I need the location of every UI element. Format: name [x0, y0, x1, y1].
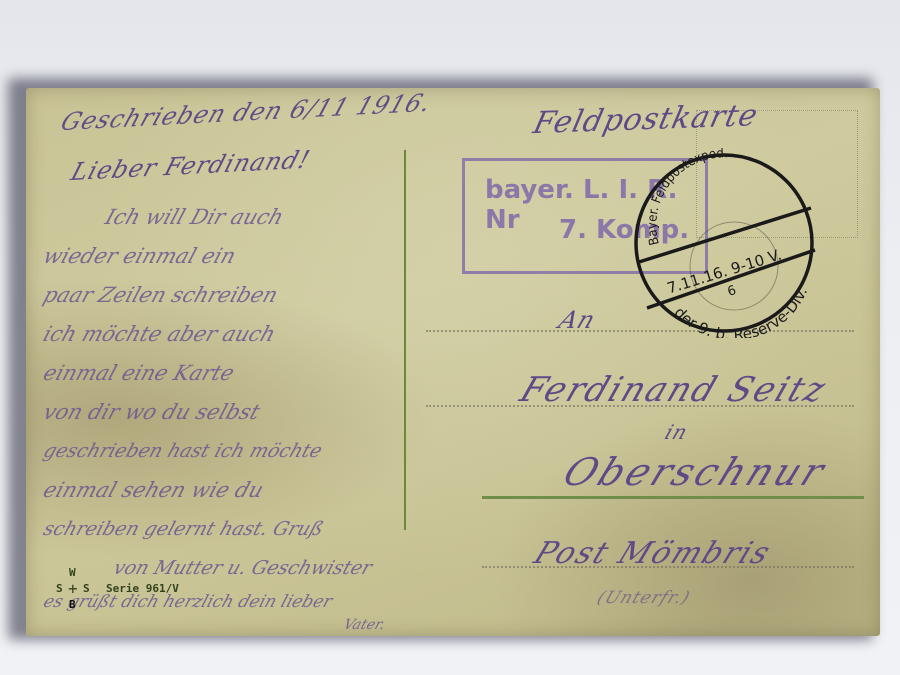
logo-right: S — [83, 582, 90, 595]
date-line: Geschrieben den 6/11 1916. — [57, 88, 436, 136]
logo-bottom: B — [69, 598, 76, 611]
salutation: Lieber Ferdinand! — [68, 145, 314, 186]
feldpostkarte: Feldpostkarte Geschrieben den 6/11 1916.… — [26, 88, 880, 636]
message-body: Ich will Dir auch wieder einmal ein paar… — [44, 198, 404, 634]
message-line: wieder einmal ein — [38, 237, 411, 276]
recipient-name: Ferdinand Seitz — [515, 370, 833, 410]
message-line: von Mutter u. Geschwister — [38, 549, 411, 588]
message-line: einmal sehen wie du — [38, 471, 411, 510]
postmark-date: 7.11.16. 9-10 V. — [665, 246, 784, 298]
message-line: es grüßt dich herzlich dein lieber — [39, 588, 408, 616]
message-line: paar Zeilen schreiben — [38, 276, 411, 315]
message-line: schreiben gelernt hast. Gruß — [38, 510, 411, 549]
message-line: geschrieben hast ich möchte — [38, 432, 411, 471]
logo-left: S — [56, 582, 63, 595]
address-in-label: in — [662, 420, 692, 444]
post-office: Post Mömbris — [529, 536, 777, 571]
region: (Unterfr.) — [594, 588, 693, 608]
message-line: Vater. — [41, 616, 407, 634]
message-line: ich möchte aber auch — [38, 315, 411, 354]
postmark-top-arc: Bayer. Feldpostexped. — [645, 148, 728, 247]
series-label: Serie 961/V — [106, 582, 179, 595]
postmark: Bayer. Feldpostexped. 7.11.16. 9-10 V. 6… — [629, 148, 819, 338]
message-address-divider — [404, 150, 406, 530]
logo-top: W — [69, 566, 76, 579]
postmark-number: 6 — [726, 283, 738, 300]
printer-logo: W S + S B — [56, 566, 92, 616]
destination-town: Oberschnur — [557, 450, 833, 494]
svg-text:Bayer. Feldpostexped.: Bayer. Feldpostexped. — [645, 148, 728, 247]
message-line: einmal eine Karte — [38, 354, 411, 393]
cross-icon: + — [68, 579, 78, 598]
address-line-3 — [482, 496, 864, 499]
message-line: von dir wo du selbst — [38, 393, 411, 432]
message-line: Ich will Dir auch — [38, 198, 411, 237]
